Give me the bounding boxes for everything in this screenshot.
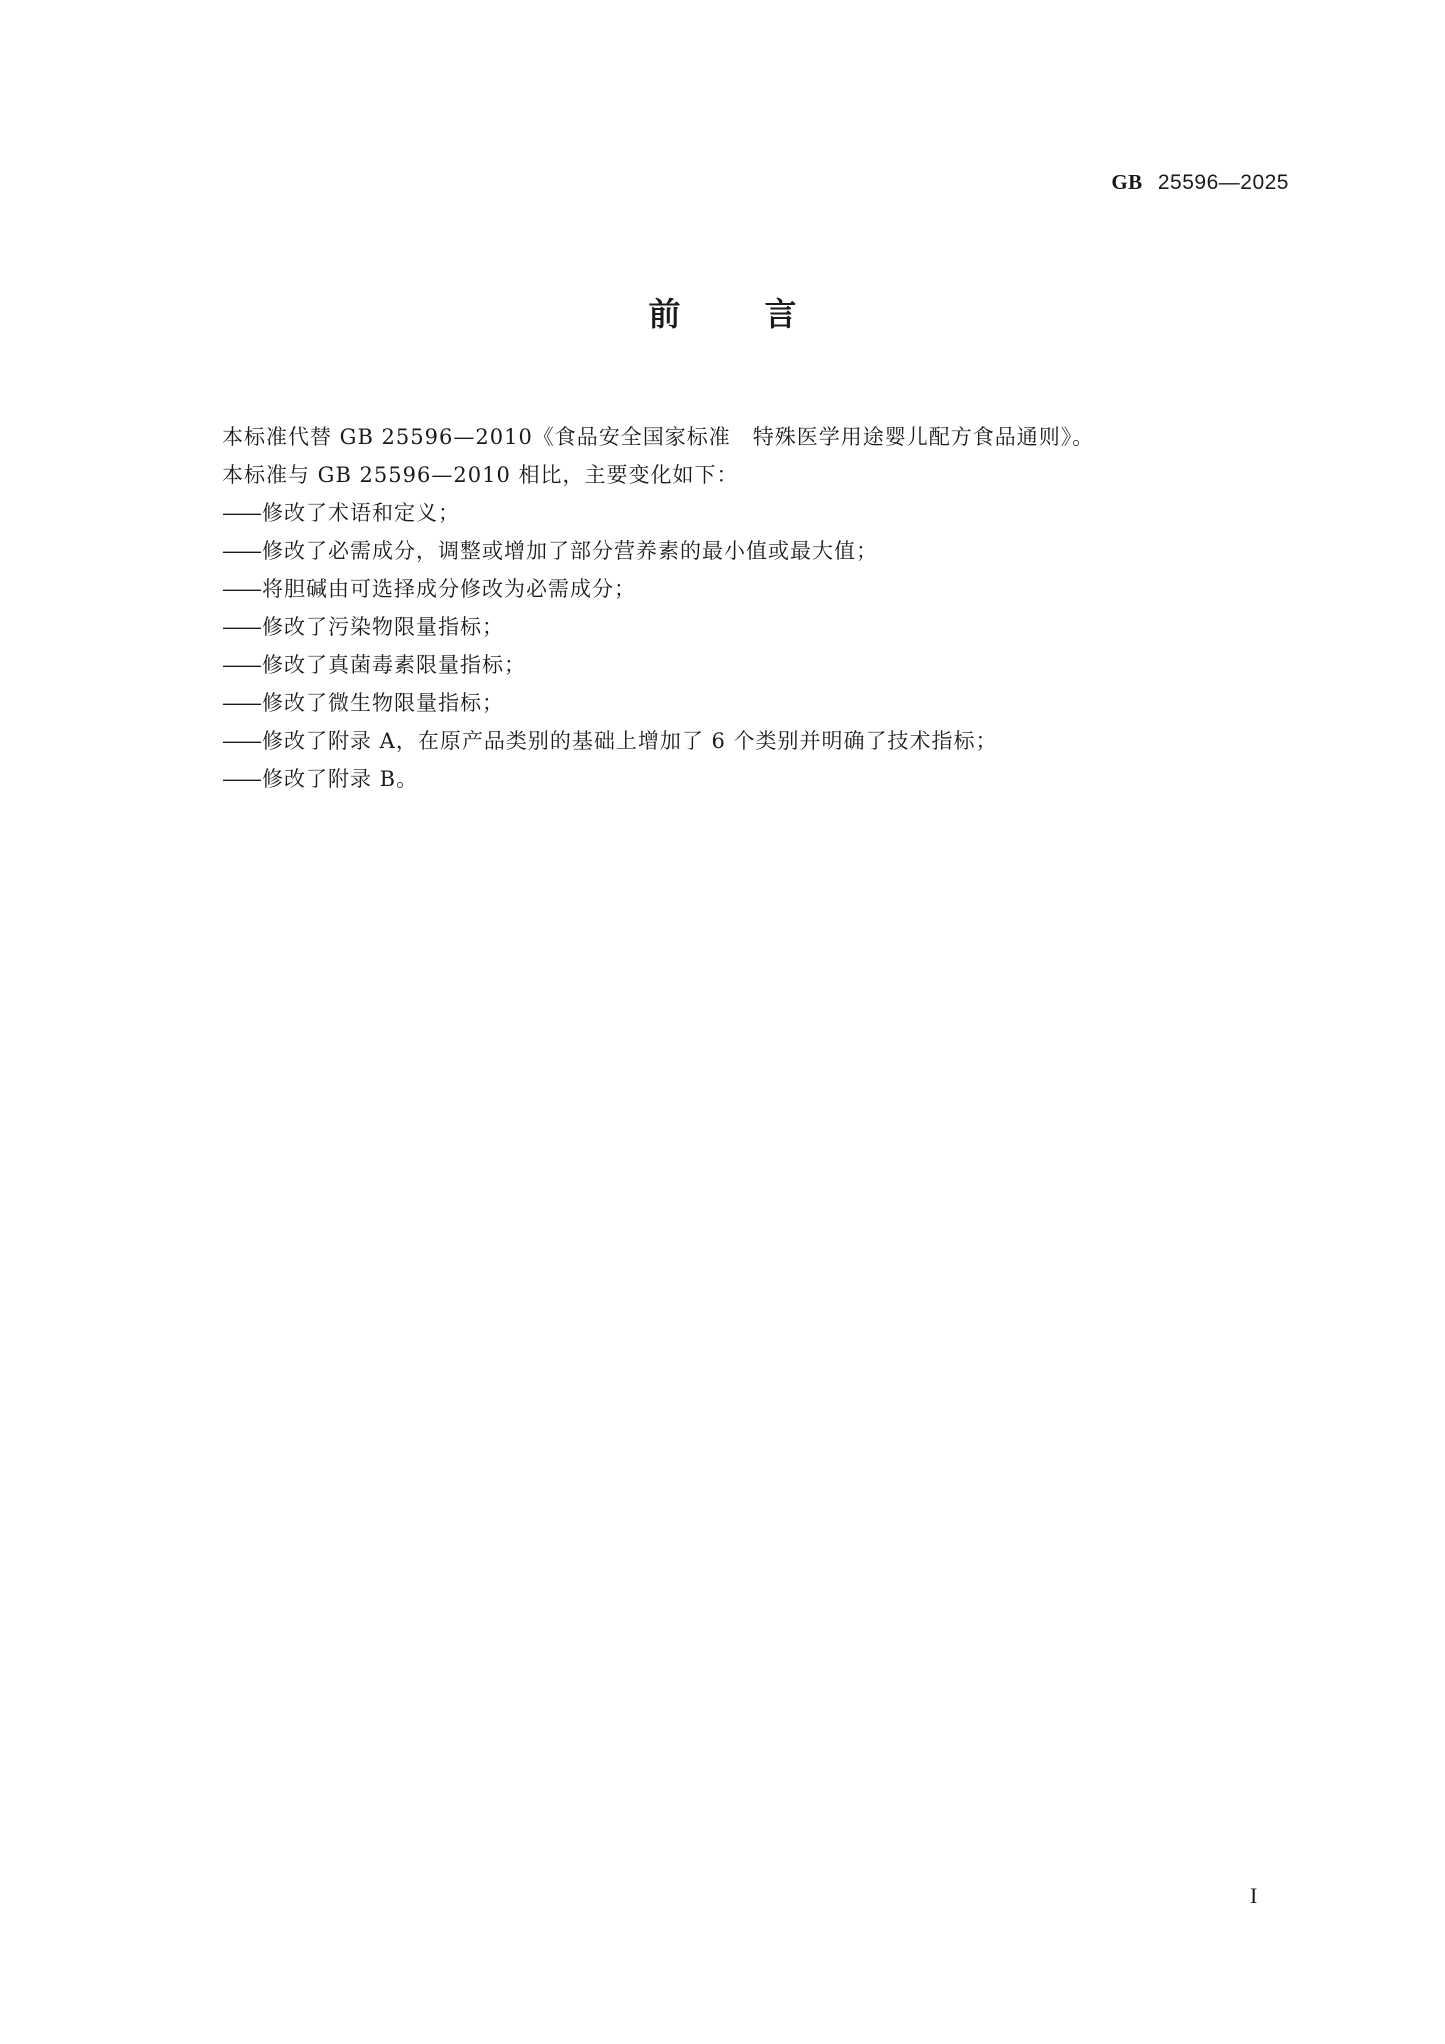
dash-bullet: —— (222, 608, 260, 646)
changes-intro: 本标准与 GB 25596—2010 相比，主要变化如下： (222, 456, 1242, 494)
change-item-text: 修改了真菌毒素限量指标； (262, 653, 526, 677)
change-item-text: 修改了术语和定义； (262, 501, 460, 525)
change-item: ——修改了必需成分，调整或增加了部分营养素的最小值或最大值； (222, 532, 1242, 570)
dash-bullet: —— (222, 570, 260, 608)
page-title: 前言 (0, 298, 1445, 330)
change-item: ——修改了真菌毒素限量指标； (222, 646, 1242, 684)
change-item-text: 修改了必需成分，调整或增加了部分营养素的最小值或最大值； (262, 539, 878, 563)
change-item-text: 修改了污染物限量指标； (262, 615, 504, 639)
dash-bullet: —— (222, 722, 260, 760)
change-item: ——修改了术语和定义； (222, 494, 1242, 532)
change-item: ——将胆碱由可选择成分修改为必需成分； (222, 570, 1242, 608)
dash-bullet: —— (222, 760, 260, 798)
change-item: ——修改了微生物限量指标； (222, 684, 1242, 722)
change-item-text: 修改了微生物限量指标； (262, 691, 504, 715)
foreword-body: 本标准代替 GB 25596—2010《食品安全国家标准 特殊医学用途婴儿配方食… (222, 418, 1242, 798)
change-item: ——修改了附录 B。 (222, 760, 1242, 798)
standard-prefix: GB (1111, 170, 1142, 194)
change-item: ——修改了污染物限量指标； (222, 608, 1242, 646)
standard-number: 25596—2025 (1158, 171, 1289, 194)
change-item-text: 修改了附录 B。 (262, 767, 418, 791)
change-item: ——修改了附录 A，在原产品类别的基础上增加了 6 个类别并明确了技术指标； (222, 722, 1242, 760)
dash-bullet: —— (222, 684, 260, 722)
change-item-text: 修改了附录 A，在原产品类别的基础上增加了 6 个类别并明确了技术指标； (262, 729, 998, 753)
replacement-statement: 本标准代替 GB 25596—2010《食品安全国家标准 特殊医学用途婴儿配方食… (222, 418, 1242, 456)
dash-bullet: —— (222, 646, 260, 684)
dash-bullet: —— (222, 494, 260, 532)
dash-bullet: —— (222, 532, 260, 570)
page-number: I (1250, 1885, 1257, 1907)
standard-code-header: GB 25596—2025 (1111, 172, 1289, 193)
change-item-text: 将胆碱由可选择成分修改为必需成分； (262, 577, 636, 601)
title-char-2: 言 (765, 298, 797, 330)
title-char-1: 前 (648, 298, 680, 330)
